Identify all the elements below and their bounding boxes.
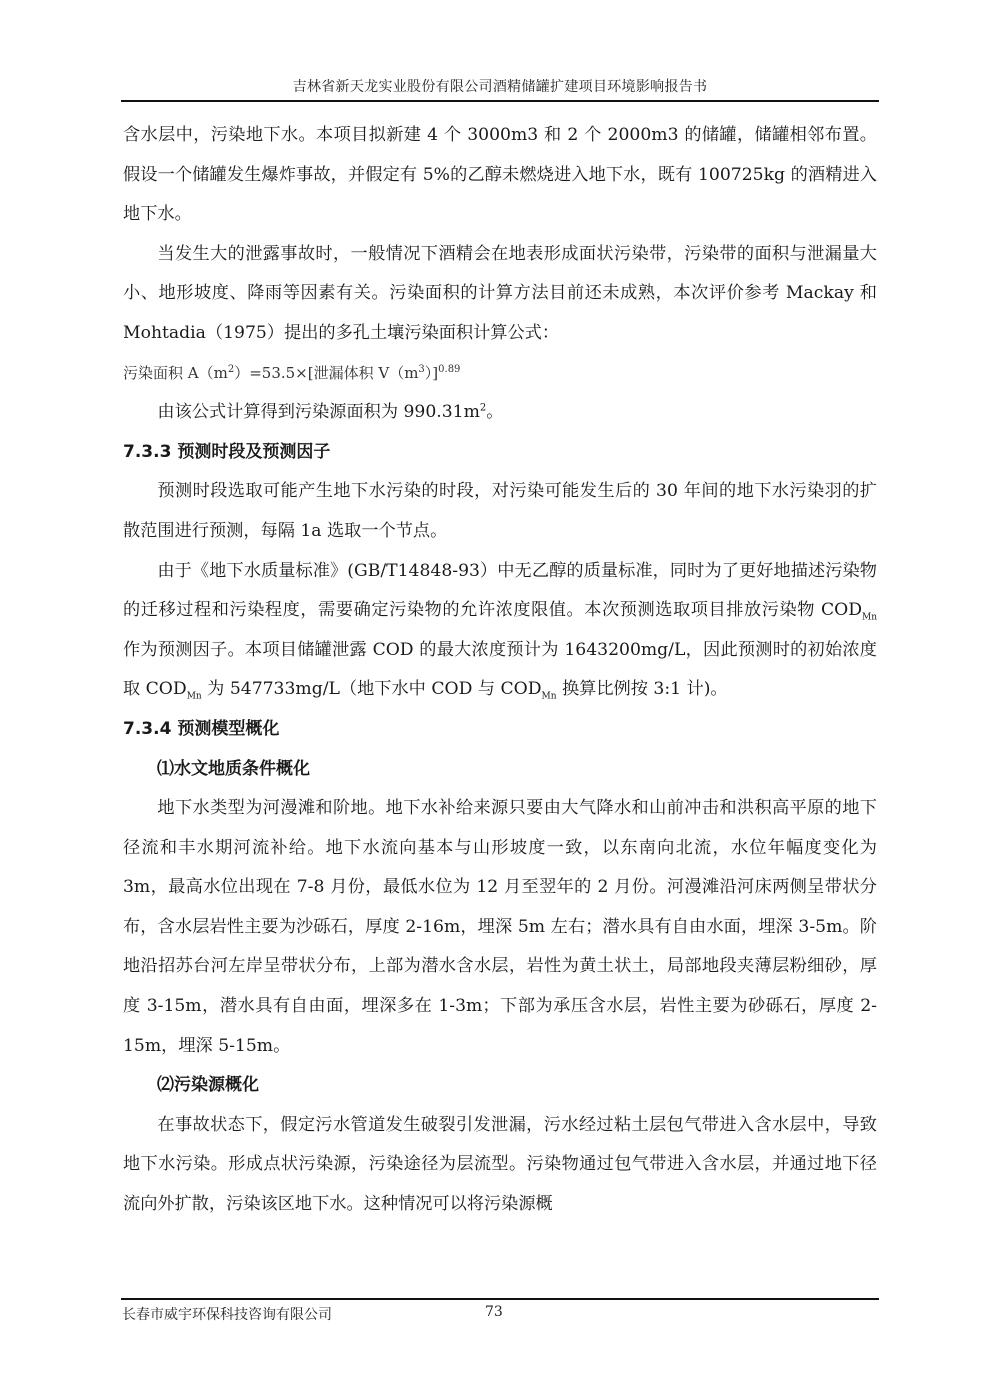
subheading-pollution-source: ⑵污染源概化 bbox=[123, 1066, 877, 1106]
paragraph-prediction-period: 预测时段选取可能产生地下水污染的时段，对污染可能发生后的 30 年间的地下水污染… bbox=[123, 472, 877, 551]
paragraph-hydrogeology: 地下水类型为河漫滩和阶地。地下水补给来源只要由大气降水和山前冲击和洪积高平原的地… bbox=[123, 789, 877, 1066]
running-header: 吉林省新天龙实业股份有限公司酒精储罐扩建项目环境影响报告书 bbox=[122, 76, 878, 96]
subheading-hydrogeology: ⑴水文地质条件概化 bbox=[123, 750, 877, 790]
paragraph-pollution-source: 在事故状态下，假定污水管道发生破裂引发泄漏，污水经过粘土层包气带进入含水层中，导… bbox=[123, 1106, 877, 1225]
document-body: 含水层中，污染地下水。本项目拟新建 4 个 3000m3 和 2 个 2000m… bbox=[123, 116, 877, 1225]
section-heading-7-3-3: 7.3.3 预测时段及预测因子 bbox=[123, 433, 877, 473]
paragraph-prediction-factor: 由于《地下水质量标准》(GB/T14848-93）中无乙醇的质量标准，同时为了更… bbox=[123, 552, 877, 710]
section-heading-7-3-4: 7.3.4 预测模型概化 bbox=[123, 710, 877, 750]
footer-divider bbox=[121, 1298, 879, 1300]
area-formula: 污染面积 A（m2）=53.5×[泄漏体积 V（m3）]0.89 bbox=[123, 354, 877, 394]
footer-company: 长春市威宇环保科技咨询有限公司 bbox=[122, 1304, 332, 1324]
paragraph-leak-area: 当发生大的泄露事故时，一般情况下酒精会在地表形成面状污染带，污染带的面积与泄漏量… bbox=[123, 235, 877, 354]
paragraph-tank-explosion: 含水层中，污染地下水。本项目拟新建 4 个 3000m3 和 2 个 2000m… bbox=[123, 116, 877, 235]
paragraph-area-result: 由该公式计算得到污染源面积为 990.31m2。 bbox=[123, 393, 877, 433]
page-number: 73 bbox=[485, 1304, 503, 1320]
header-divider bbox=[121, 100, 879, 102]
